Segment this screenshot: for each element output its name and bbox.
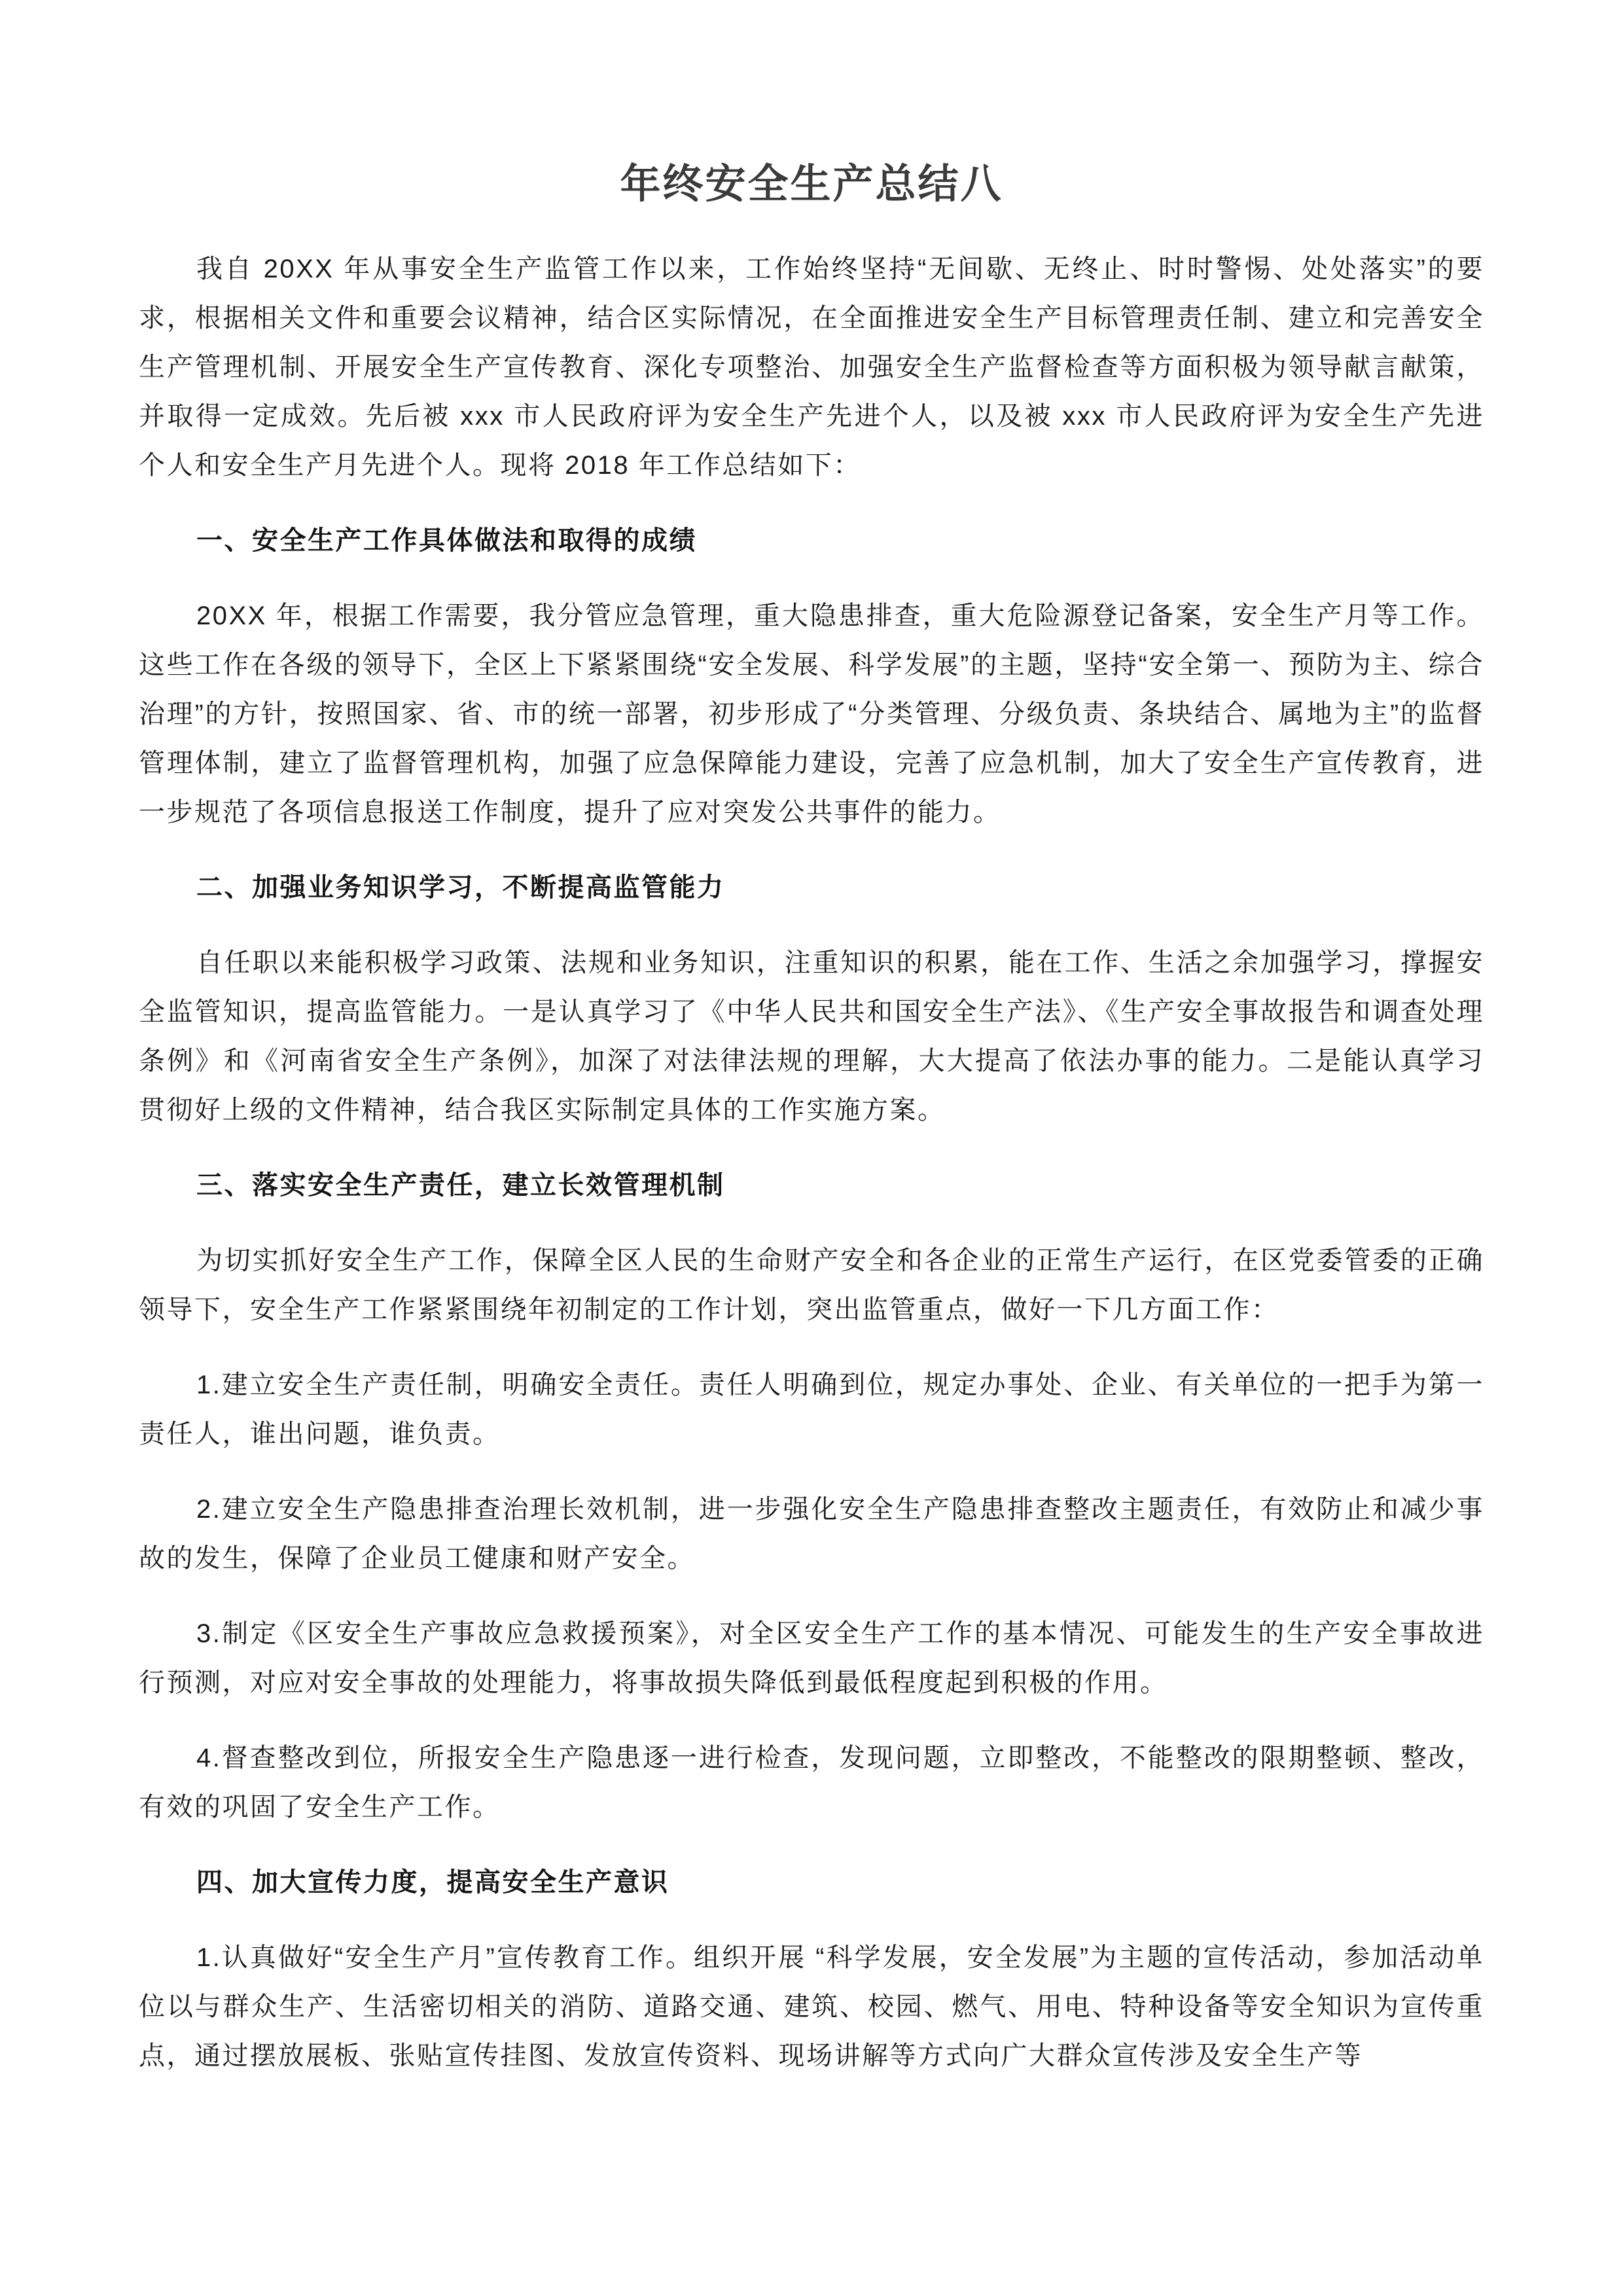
document-title: 年终安全生产总结八 (0, 0, 1623, 208)
section-3-heading: 三、落实安全生产责任，建立长效管理机制 (139, 1161, 1484, 1210)
section-1-paragraph: 20XX 年，根据工作需要，我分管应急管理，重大隐患排查，重大危险源登记备案，安… (139, 592, 1484, 837)
section-3-item-1: 1.建立安全生产责任制，明确安全责任。责任人明确到位，规定办事处、企业、有关单位… (139, 1361, 1484, 1459)
section-3-intro-paragraph: 为切实抓好安全生产工作，保障全区人民的生命财产安全和各企业的正常生产运行，在区党… (139, 1236, 1484, 1335)
document-body: 我自 20XX 年从事安全生产监管工作以来，工作始终坚持“无间歇、无终止、时时警… (0, 208, 1623, 2081)
section-3-item-3: 3.制定《区安全生产事故应急救援预案》，对全区安全生产工作的基本情况、可能发生的… (139, 1609, 1484, 1708)
section-2-heading: 二、加强业务知识学习，不断提高监管能力 (139, 863, 1484, 912)
intro-paragraph: 我自 20XX 年从事安全生产监管工作以来，工作始终坚持“无间歇、无终止、时时警… (139, 245, 1484, 490)
document-page: 年终安全生产总结八 我自 20XX 年从事安全生产监管工作以来，工作始终坚持“无… (0, 0, 1623, 2296)
section-3-item-4: 4.督查整改到位，所报安全生产隐患逐一进行检查，发现问题，立即整改，不能整改的限… (139, 1734, 1484, 1832)
section-3-item-2: 2.建立安全生产隐患排查治理长效机制，进一步强化安全生产隐患排查整改主题责任，有… (139, 1485, 1484, 1583)
section-4-heading: 四、加大宣传力度，提高安全生产意识 (139, 1858, 1484, 1907)
section-2-paragraph: 自任职以来能积极学习政策、法规和业务知识，注重知识的积累，能在工作、生活之余加强… (139, 939, 1484, 1135)
section-4-item-1: 1.认真做好“安全生产月”宣传教育工作。组织开展 “科学发展，安全发展”为主题的… (139, 1933, 1484, 2081)
section-1-heading: 一、安全生产工作具体做法和取得的成绩 (139, 516, 1484, 565)
